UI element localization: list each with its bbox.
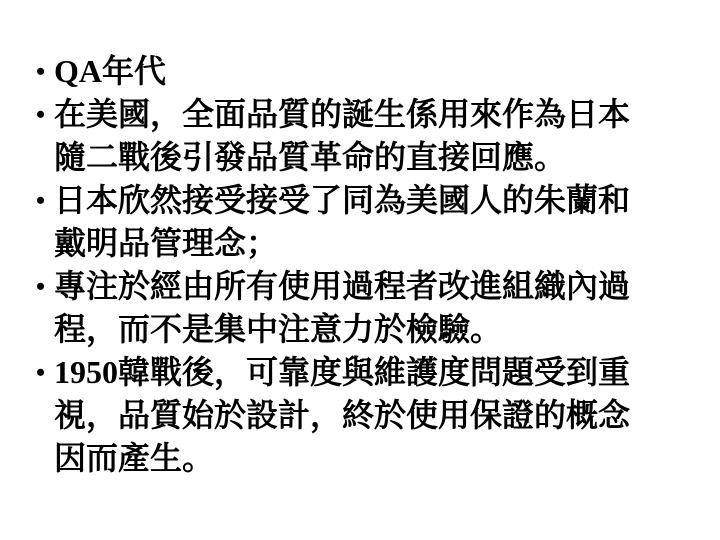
bullet-text: 日本欣然接受接受了同為美國人的朱蘭和 戴明品管理念； xyxy=(54,179,692,265)
bullet-item: • 日本欣然接受接受了同為美國人的朱蘭和 戴明品管理念； xyxy=(36,179,692,265)
bullet-item: • 1950韓戰後，可靠度與維護度問題受到重 視，品質始於設計，終於使用保證的概… xyxy=(36,351,692,480)
bullet-text: 專注於經由所有使用過程者改進組織內過 程，而不是集中注意力於檢驗。 xyxy=(54,265,692,351)
bullet-text: 1950韓戰後，可靠度與維護度問題受到重 視，品質始於設計，終於使用保證的概念 … xyxy=(54,351,692,480)
bullet-icon: • xyxy=(36,265,54,308)
bullet-icon: • xyxy=(36,351,54,394)
bullet-item: • 專注於經由所有使用過程者改進組織內過 程，而不是集中注意力於檢驗。 xyxy=(36,265,692,351)
bullet-icon: • xyxy=(36,179,54,222)
bullet-list: • QA年代 • 在美國，全面品質的誕生係用來作為日本 隨二戰後引發品質革命的直… xyxy=(0,0,720,480)
bullet-text: QA年代 xyxy=(54,50,692,93)
bullet-icon: • xyxy=(36,93,54,136)
bullet-item: • 在美國，全面品質的誕生係用來作為日本 隨二戰後引發品質革命的直接回應。 xyxy=(36,93,692,179)
slide: • QA年代 • 在美國，全面品質的誕生係用來作為日本 隨二戰後引發品質革命的直… xyxy=(0,0,720,540)
bullet-item: • QA年代 xyxy=(36,50,692,93)
bullet-icon: • xyxy=(36,50,54,93)
bullet-text: 在美國，全面品質的誕生係用來作為日本 隨二戰後引發品質革命的直接回應。 xyxy=(54,93,692,179)
